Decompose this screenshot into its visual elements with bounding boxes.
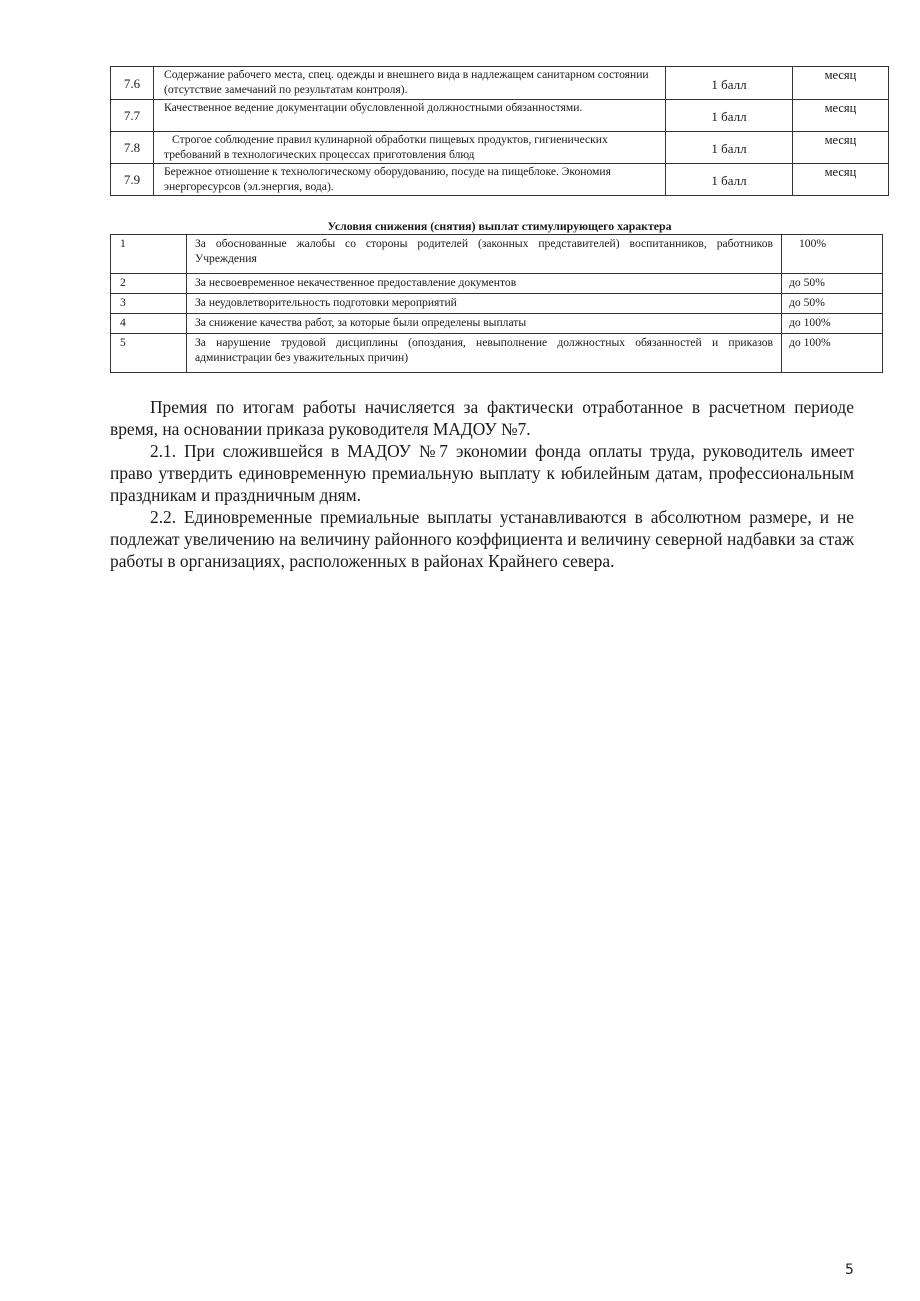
conditions-table: 1 За обоснованные жалобы со стороны роди… [110,234,883,373]
condition-reduction: до 50% [782,294,883,314]
condition-num: 4 [111,314,187,334]
condition-reduction: до 50% [782,274,883,294]
condition-num: 1 [111,235,187,274]
condition-desc: За обоснованные жалобы со стороны родите… [187,235,782,274]
table-row: 4 За снижение качества работ, за которые… [111,314,883,334]
condition-num: 5 [111,334,187,373]
criteria-period: месяц [793,67,889,100]
table-row: 7.6 Содержание рабочего места, спец. оде… [111,67,889,100]
criteria-period: месяц [793,100,889,132]
condition-num: 2 [111,274,187,294]
condition-reduction: до 100% [782,334,883,373]
criteria-desc: Качественное ведение документации обусло… [154,100,666,132]
table-row: 3 За неудовлетворительность подготовки м… [111,294,883,314]
condition-reduction: до 100% [782,314,883,334]
criteria-score: 1 балл [666,164,793,196]
table-row: 2 За несвоевременное некачественное пред… [111,274,883,294]
table-row: 7.9 Бережное отношение к технологическом… [111,164,889,196]
criteria-period: месяц [793,164,889,196]
criteria-desc: Строгое соблюдение правил кулинарной обр… [154,132,666,164]
table-row: 1 За обоснованные жалобы со стороны роди… [111,235,883,274]
condition-desc: За несвоевременное некачественное предос… [187,274,782,294]
condition-desc: За неудовлетворительность подготовки мер… [187,294,782,314]
criteria-desc: Бережное отношение к технологическому об… [154,164,666,196]
paragraph-2-1: 2.1. При сложившейся в МАДОУ №7 экономии… [110,440,854,506]
table-row: 7.7 Качественное ведение документации об… [111,100,889,132]
condition-desc: За снижение качества работ, за которые б… [187,314,782,334]
criteria-num: 7.9 [111,164,154,196]
criteria-score: 1 балл [666,67,793,100]
criteria-table: 7.6 Содержание рабочего места, спец. оде… [110,66,889,196]
criteria-num: 7.8 [111,132,154,164]
criteria-score: 1 балл [666,100,793,132]
paragraph-2-2: 2.2. Единовременные премиальные выплаты … [110,506,854,572]
body-text: Премия по итогам работы начисляется за ф… [110,396,854,572]
paragraph-bonus: Премия по итогам работы начисляется за ф… [110,396,854,440]
criteria-num: 7.7 [111,100,154,132]
criteria-num: 7.6 [111,67,154,100]
condition-reduction: 100% [782,235,883,274]
table-row: 7.8 Строгое соблюдение правил кулинарной… [111,132,889,164]
criteria-score: 1 балл [666,132,793,164]
table-row: 5 За нарушение трудовой дисциплины (опоз… [111,334,883,373]
criteria-period: месяц [793,132,889,164]
conditions-title: Условия снижения (снятия) выплат стимули… [110,219,889,234]
page-number: 5 [845,1262,854,1278]
condition-num: 3 [111,294,187,314]
condition-desc: За нарушение трудовой дисциплины (опозда… [187,334,782,373]
criteria-desc: Содержание рабочего места, спец. одежды … [154,67,666,100]
